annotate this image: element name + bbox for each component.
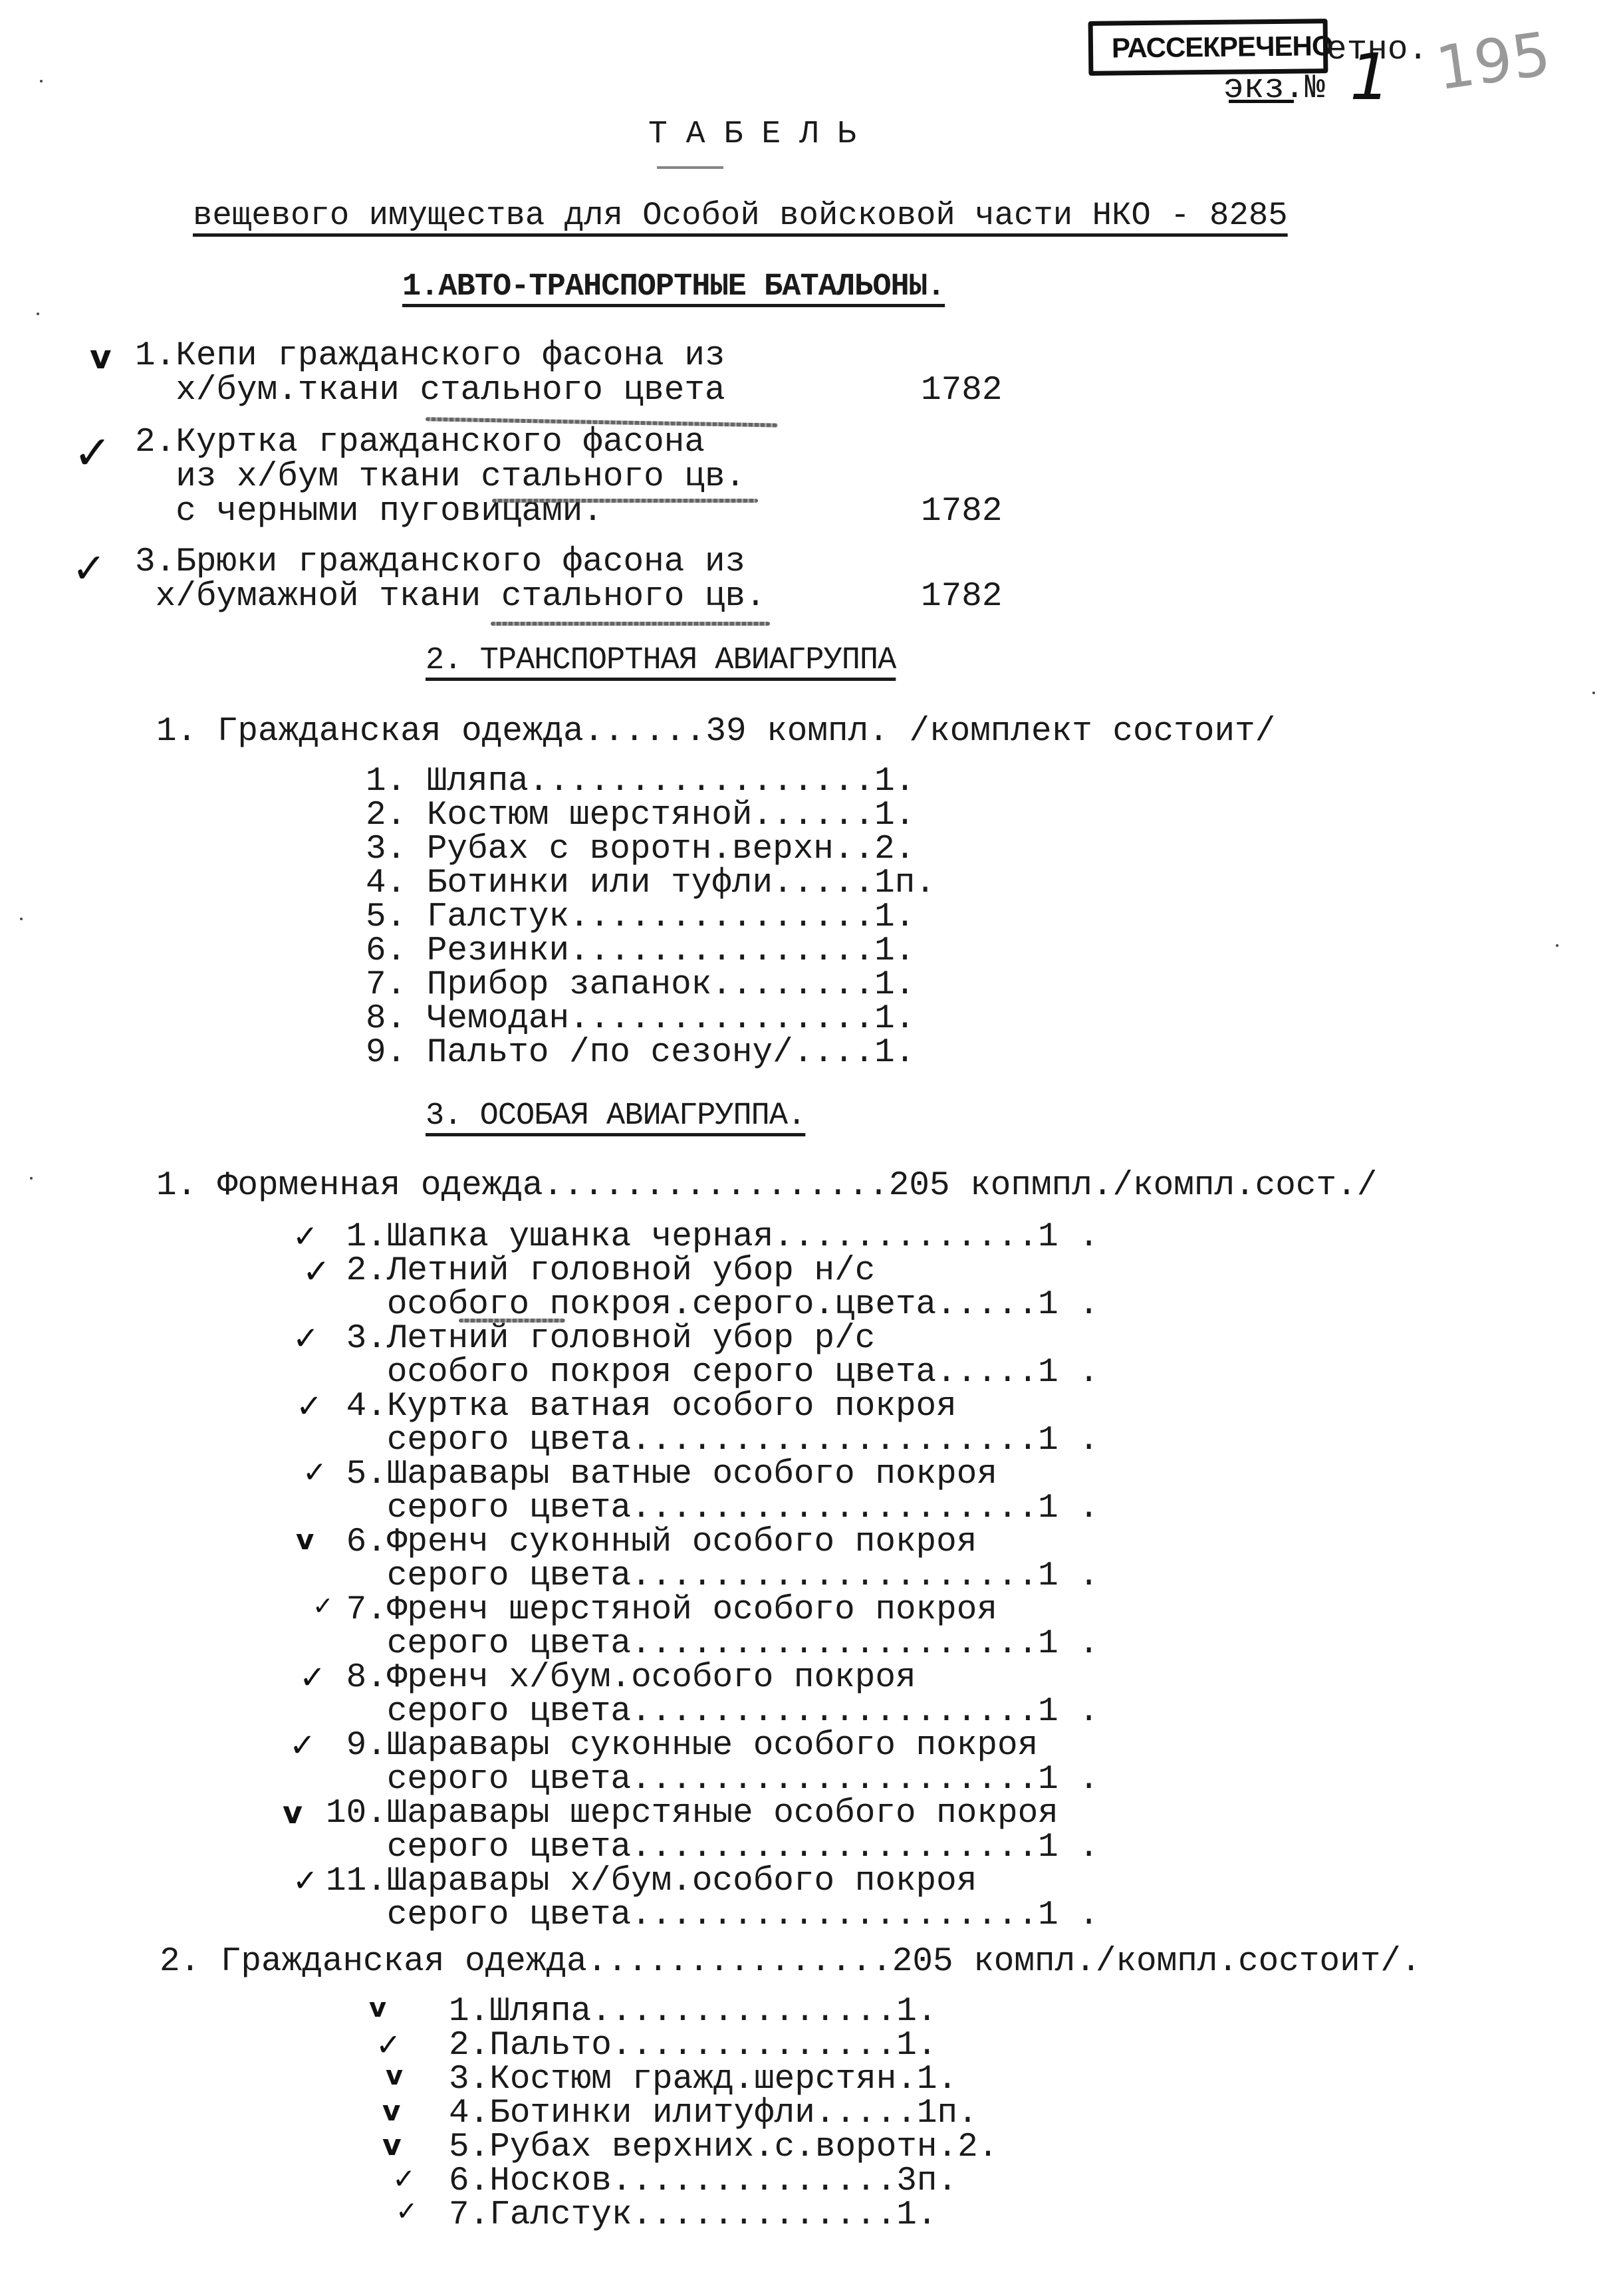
list-item: 7.Галстук.............1. — [449, 2198, 937, 2232]
item-line: особого покроя серого цвета.....1 . — [326, 1356, 1099, 1390]
document-title: ТАБЕЛЬ — [648, 118, 875, 150]
item-line: серого цвета....................1 . — [326, 1424, 1099, 1458]
scan-speck — [20, 918, 23, 920]
title-underline — [657, 166, 723, 169]
list-item: 1. Шляпа.................1. — [366, 765, 915, 799]
item-line: 9.Шаравары суконные особого покроя — [326, 1729, 1038, 1763]
checkmark-icon: ✓ — [289, 1727, 316, 1764]
section-heading: 1.АВТО-ТРАНСПОРТНЫЕ БАТАЛЬОНЫ. — [402, 271, 945, 303]
list-item: 2.Пальто..............1. — [449, 2029, 937, 2063]
item-line: 8.Френч х/бум.особого покроя — [326, 1661, 916, 1695]
list-item: 2. Костюм шерстяной......1. — [366, 799, 915, 832]
item-line: 2.Летний головной убор н/с — [326, 1254, 875, 1288]
item-line: серого цвета....................1 . — [326, 1695, 1099, 1729]
declassified-stamp: РАССЕКРЕЧЕНО — [1088, 19, 1328, 76]
item-line: серого цвета....................1 . — [326, 1627, 1099, 1661]
item-line: 5.Шаравары ватные особого покроя — [326, 1458, 997, 1491]
item-line: 3.Летний головной убор р/с — [326, 1322, 875, 1356]
item-line: серого цвета....................1 . — [326, 1898, 1099, 1932]
pencil-underline — [492, 499, 758, 503]
item-line: 7.Френч шерстяной особого покроя — [326, 1593, 997, 1627]
checkmark-icon: v — [369, 1993, 386, 2023]
checkmark-icon: v — [296, 1523, 314, 1556]
checkmark-icon: ✓ — [303, 1456, 327, 1489]
item-line: 6.Френч суконный особого покроя — [326, 1525, 977, 1559]
checkmark-icon: ✓ — [376, 2027, 402, 2063]
list-item: 8. Чемодан...............1. — [366, 1002, 915, 1036]
copy-number-handwritten: 1 — [1350, 40, 1390, 114]
list-item: 4.Ботинки илитуфли.....1п. — [449, 2097, 978, 2130]
list-item: 1.Шляпа...............1. — [449, 1995, 937, 2029]
checkmark-icon: v — [382, 2095, 400, 2127]
section-heading: 2. ТРАНСПОРТНАЯ АВИАГРУППА — [426, 645, 896, 676]
checkmark-icon: v — [386, 2061, 403, 2091]
scan-speck — [1592, 692, 1595, 694]
document-page: РАССЕКРЕЧЕНО етно. экз.№ 1 195 ТАБЕЛЬ ве… — [0, 0, 1613, 2296]
scan-speck — [40, 80, 43, 82]
item-line: 11.Шаравары х/бум.особого покроя — [326, 1864, 977, 1898]
item-line: серого цвета....................1 . — [326, 1491, 1099, 1525]
item-line: 10.Шаравары шерстяные особого покроя — [326, 1797, 1058, 1831]
list-item: 3.Костюм гражд.шерстян.1. — [449, 2063, 957, 2097]
item-line: 1.Кепи гражданского фасона из — [135, 339, 725, 373]
checkmark-icon: v — [90, 338, 112, 376]
list-item: 9. Пальто /по сезону/....1. — [366, 1036, 915, 1070]
list-item: 4. Ботинки или туфли.....1п. — [366, 866, 935, 900]
checkmark-icon: ✓ — [293, 1320, 319, 1357]
item-line: 2.Куртка гражданского фасона — [135, 426, 705, 459]
pencil-underline — [491, 622, 770, 626]
item-line: особого покроя.серого.цвета.....1 . — [326, 1288, 1099, 1322]
document-subtitle: вещевого имущества для Особой войсковой … — [193, 199, 1288, 232]
item-line: 1.Шапка ушанка черная.............1 . — [326, 1220, 1099, 1254]
item-line: х/бум.ткани стального цвета — [135, 374, 725, 408]
checkmark-icon: ✓ — [396, 2196, 418, 2227]
scan-speck — [1556, 944, 1558, 947]
item-line: из х/бум ткани стального цв. — [135, 460, 745, 494]
checkmark-icon: ✓ — [392, 2162, 416, 2195]
group-line: 1. Гражданская одежда......39 компл. /ко… — [156, 715, 1275, 749]
list-item: 5. Галстук...............1. — [366, 900, 915, 934]
item-line: х/бумажной ткани стального цв. — [135, 580, 766, 614]
scan-speck — [30, 1177, 33, 1180]
list-item: 6. Резинки...............1. — [366, 934, 915, 968]
item-quantity: 1782 — [921, 374, 1002, 408]
checkmark-icon: v — [382, 2128, 402, 2162]
checkmark-icon: ✓ — [299, 1659, 326, 1696]
list-item: 7. Прибор запанок........1. — [366, 968, 915, 1002]
scan-speck — [37, 313, 39, 315]
item-quantity: 1782 — [921, 495, 1002, 529]
group-line: 2. Гражданская одежда...............205 … — [160, 1945, 1422, 1979]
checkmark-icon: ✓ — [73, 426, 112, 480]
list-item: 5.Рубах верхних.с.воротн.2. — [449, 2130, 998, 2164]
checkmark-icon: ✓ — [293, 1218, 318, 1254]
checkmark-icon: ✓ — [72, 544, 106, 592]
item-line: 3.Брюки гражданского фасона из — [135, 545, 745, 579]
section-heading: 3. ОСОБАЯ АВИАГРУППА. — [426, 1100, 805, 1132]
item-quantity: 1782 — [921, 580, 1002, 614]
list-item: 6.Носков..............3п. — [449, 2164, 957, 2198]
list-item: 3. Рубах с воротн.верхн..2. — [366, 832, 915, 866]
checkmark-icon: ✓ — [296, 1388, 322, 1425]
checkmark-icon: v — [283, 1795, 303, 1831]
item-line: серого цвета....................1 . — [326, 1763, 1099, 1797]
item-line: 4.Куртка ватная особого покроя — [326, 1390, 957, 1424]
archive-page-number: 195 — [1432, 19, 1555, 104]
copy-number-underline — [1229, 100, 1294, 103]
checkmark-icon: ✓ — [293, 1862, 318, 1898]
group-line: 1. Форменная одежда.................205 … — [156, 1169, 1377, 1203]
item-line: серого цвета....................1 . — [326, 1831, 1099, 1864]
item-line: серого цвета....................1 . — [326, 1559, 1099, 1593]
